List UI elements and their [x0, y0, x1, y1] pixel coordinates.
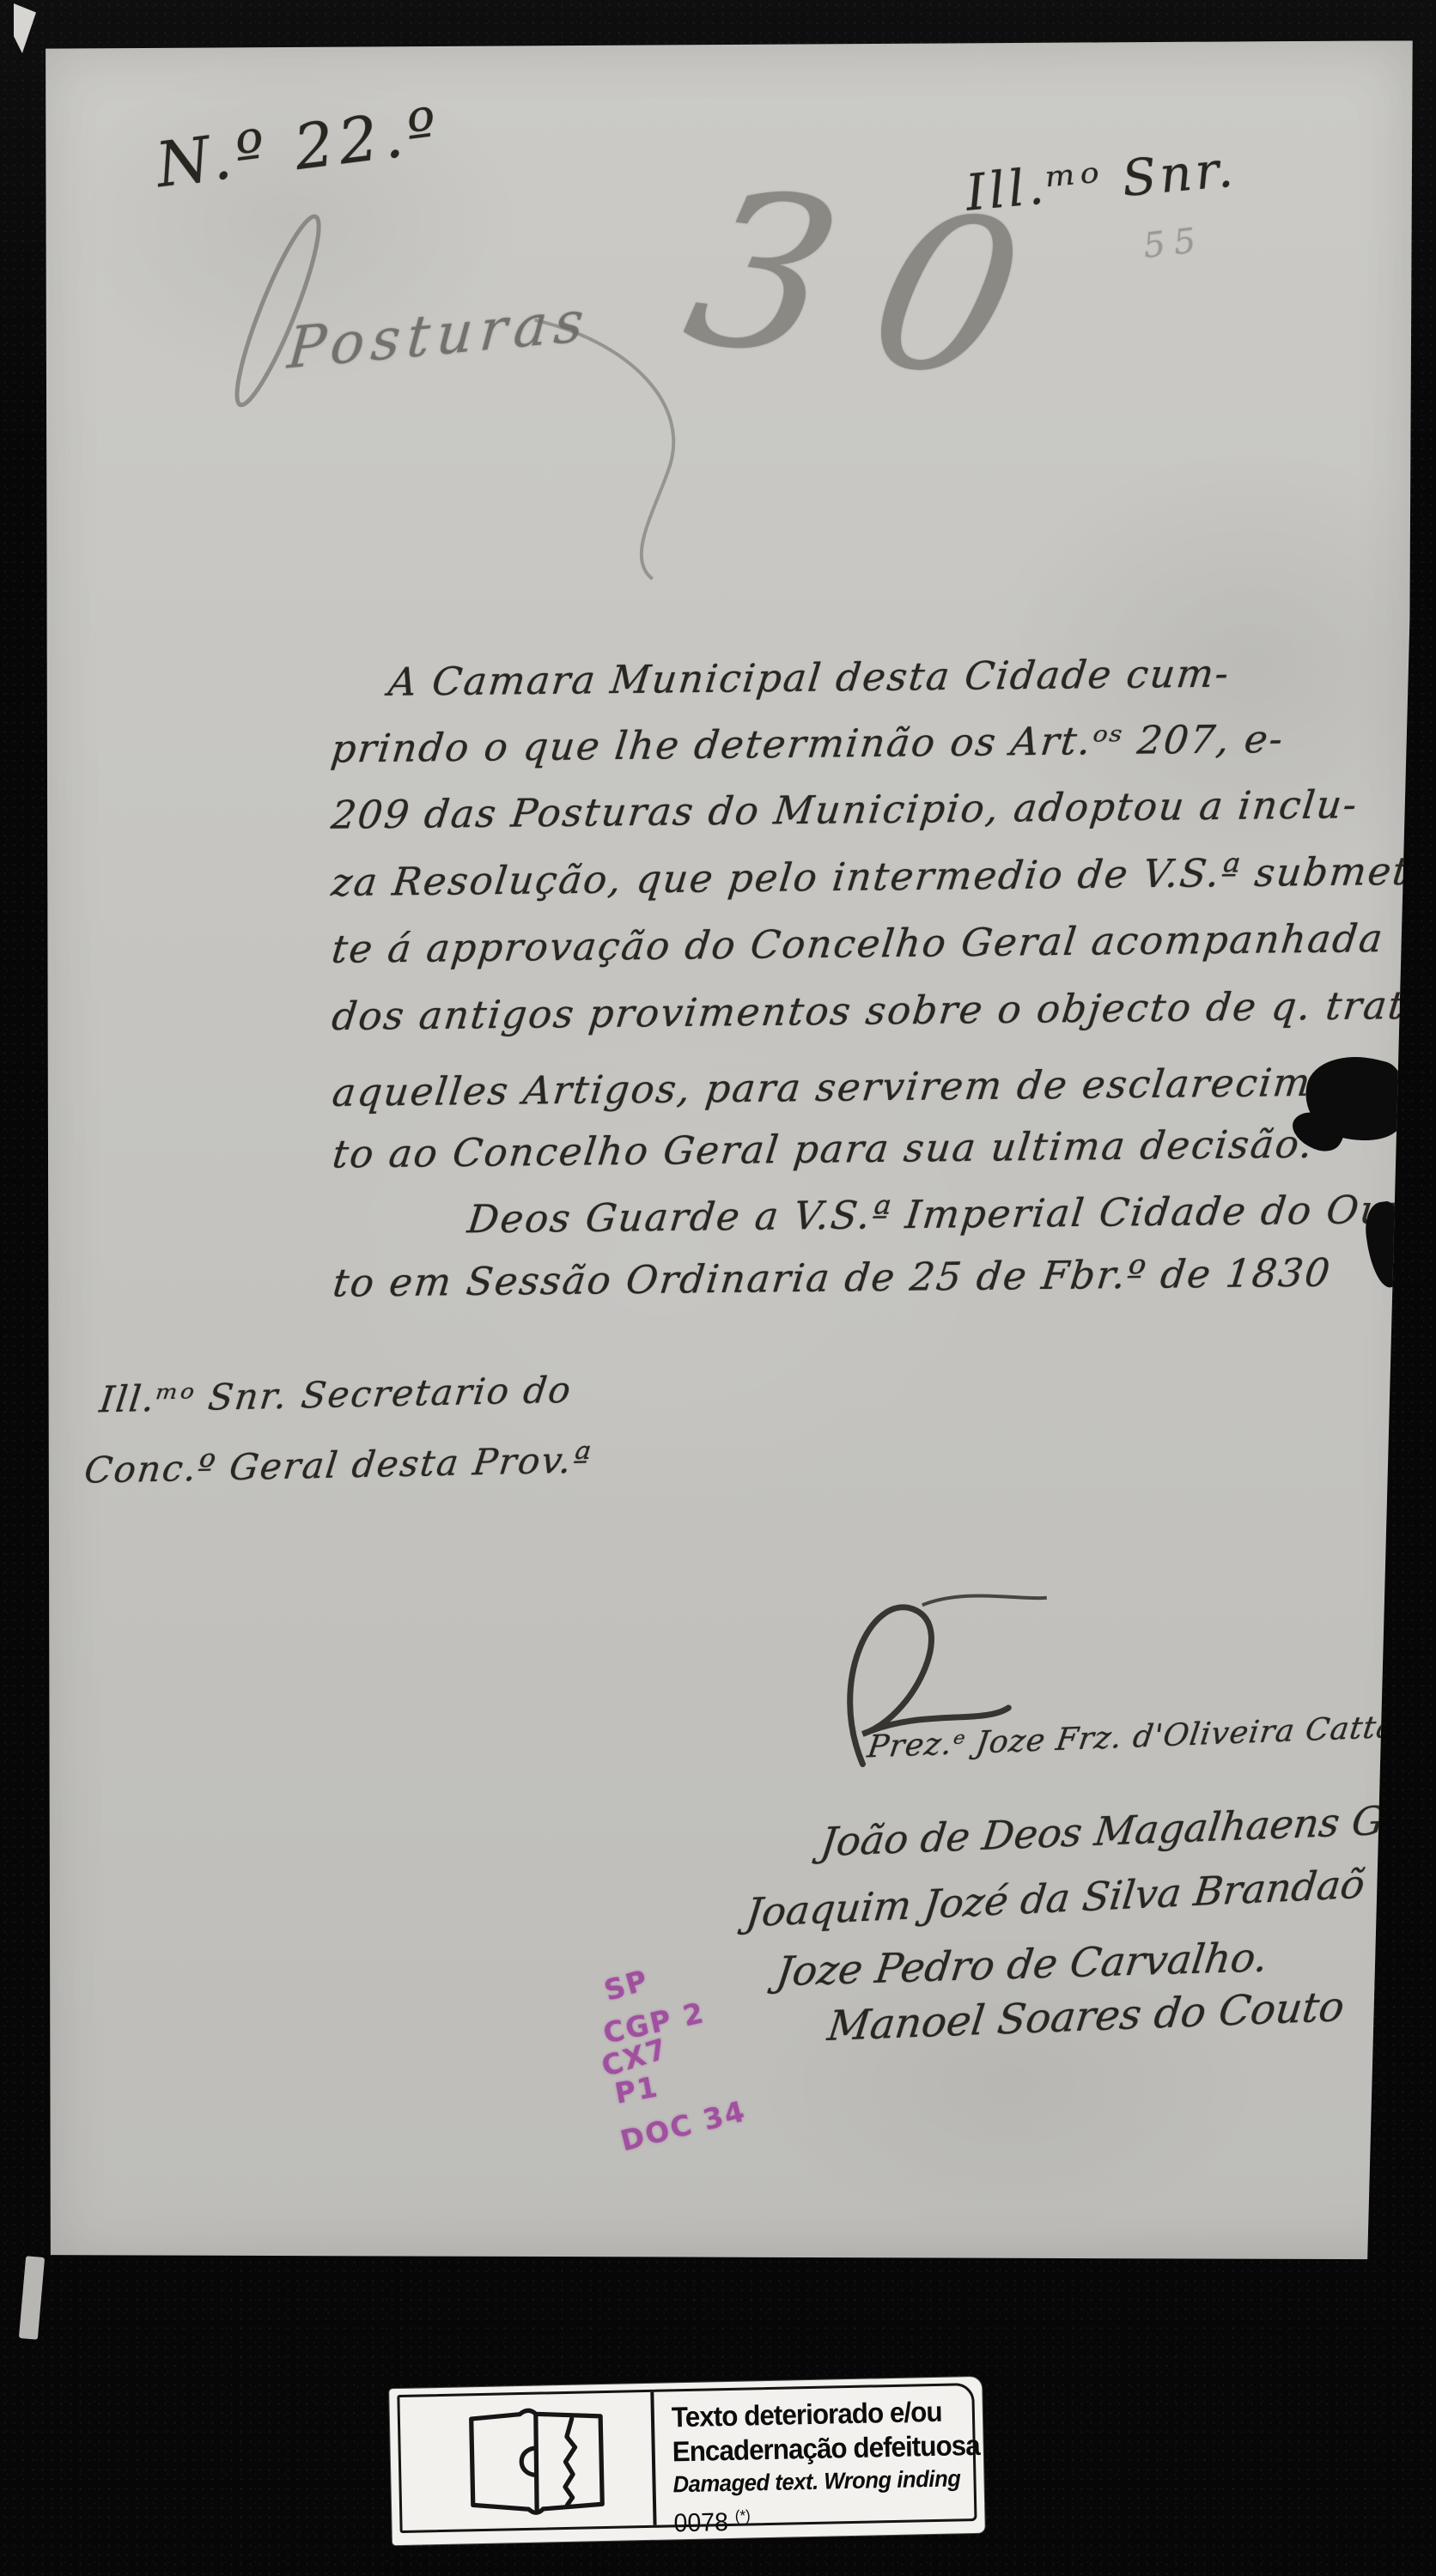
label-frame: Texto deteriorado e/ou Encadernação defe…: [397, 2383, 977, 2533]
corner-paper-sliver: [14, 3, 36, 53]
closing-line: Deos Guarde a V.S.ª Imperial Cidade do O…: [465, 1185, 1436, 1242]
pencil-note-small: 55: [1141, 220, 1206, 265]
body-line: aquelles Artigos, para servirem de escla…: [330, 1059, 1380, 1115]
address-line: Conc.º Geral desta Prov.ª: [82, 1438, 594, 1491]
signature-line: Joaquim Jozé da Silva Brandaõ: [744, 1861, 1367, 1936]
signature-line: Manoel Soares do Couto: [825, 1983, 1347, 2050]
paper: N.º 22.º Ill.ᵐᵒ Snr. 55 Posturas 30 A Ca…: [40, 40, 1421, 2265]
label-note-mark: (*): [734, 2506, 750, 2524]
book-icon: [441, 2399, 633, 2524]
label-number-value: 0078: [673, 2508, 728, 2537]
body-line: te á approvação do Concelho Geral acompa…: [330, 915, 1387, 972]
paper-edge-tab: [19, 2256, 45, 2340]
label-line-en: Damaged text. Wrong inding: [672, 2463, 981, 2500]
pencil-note-number: 30: [668, 143, 1089, 432]
address-line: Ill.ᵐᵒ Snr. Secretario do: [97, 1369, 574, 1421]
body-line: 209 das Posturas do Municipio, adoptou a…: [329, 781, 1360, 838]
label-divider: [650, 2392, 656, 2525]
pencil-flourish-loop: [222, 191, 334, 431]
archival-stamp-line: P1: [612, 2069, 661, 2110]
body-line: to ao Concelho Geral para sua ultima dec…: [331, 1121, 1317, 1177]
damage-blob: [1361, 1200, 1413, 1291]
label-number: 0078 (*): [673, 2494, 982, 2541]
body-line: dos antigos provimentos sobre o objecto …: [330, 981, 1436, 1039]
body-line: za Resolução, que pelo intermedio de V.S…: [329, 848, 1427, 905]
signature-line: João de Deos Magalhaens Gomes: [818, 1793, 1436, 1865]
body-line: prindo o que lhe determinão os Art.ᵒˢ 20…: [329, 716, 1287, 772]
closing-line: to em Sessão Ordinaria de 25 de Fbr.º de…: [331, 1249, 1334, 1305]
archival-stamp-line: SP: [600, 1963, 653, 2008]
signature-line: Joze Pedro de Carvalho.: [774, 1934, 1271, 1996]
scan-background: { "colors": { "background": "#070707", "…: [0, 0, 1436, 2576]
label-card: Texto deteriorado e/ou Encadernação defe…: [389, 2377, 985, 2545]
body-line: A Camara Municipal desta Cidade cum-: [386, 651, 1232, 705]
label-text-block: Texto deteriorado e/ou Encadernação defe…: [672, 2394, 982, 2541]
doc-number: N.º 22.º: [152, 94, 446, 201]
